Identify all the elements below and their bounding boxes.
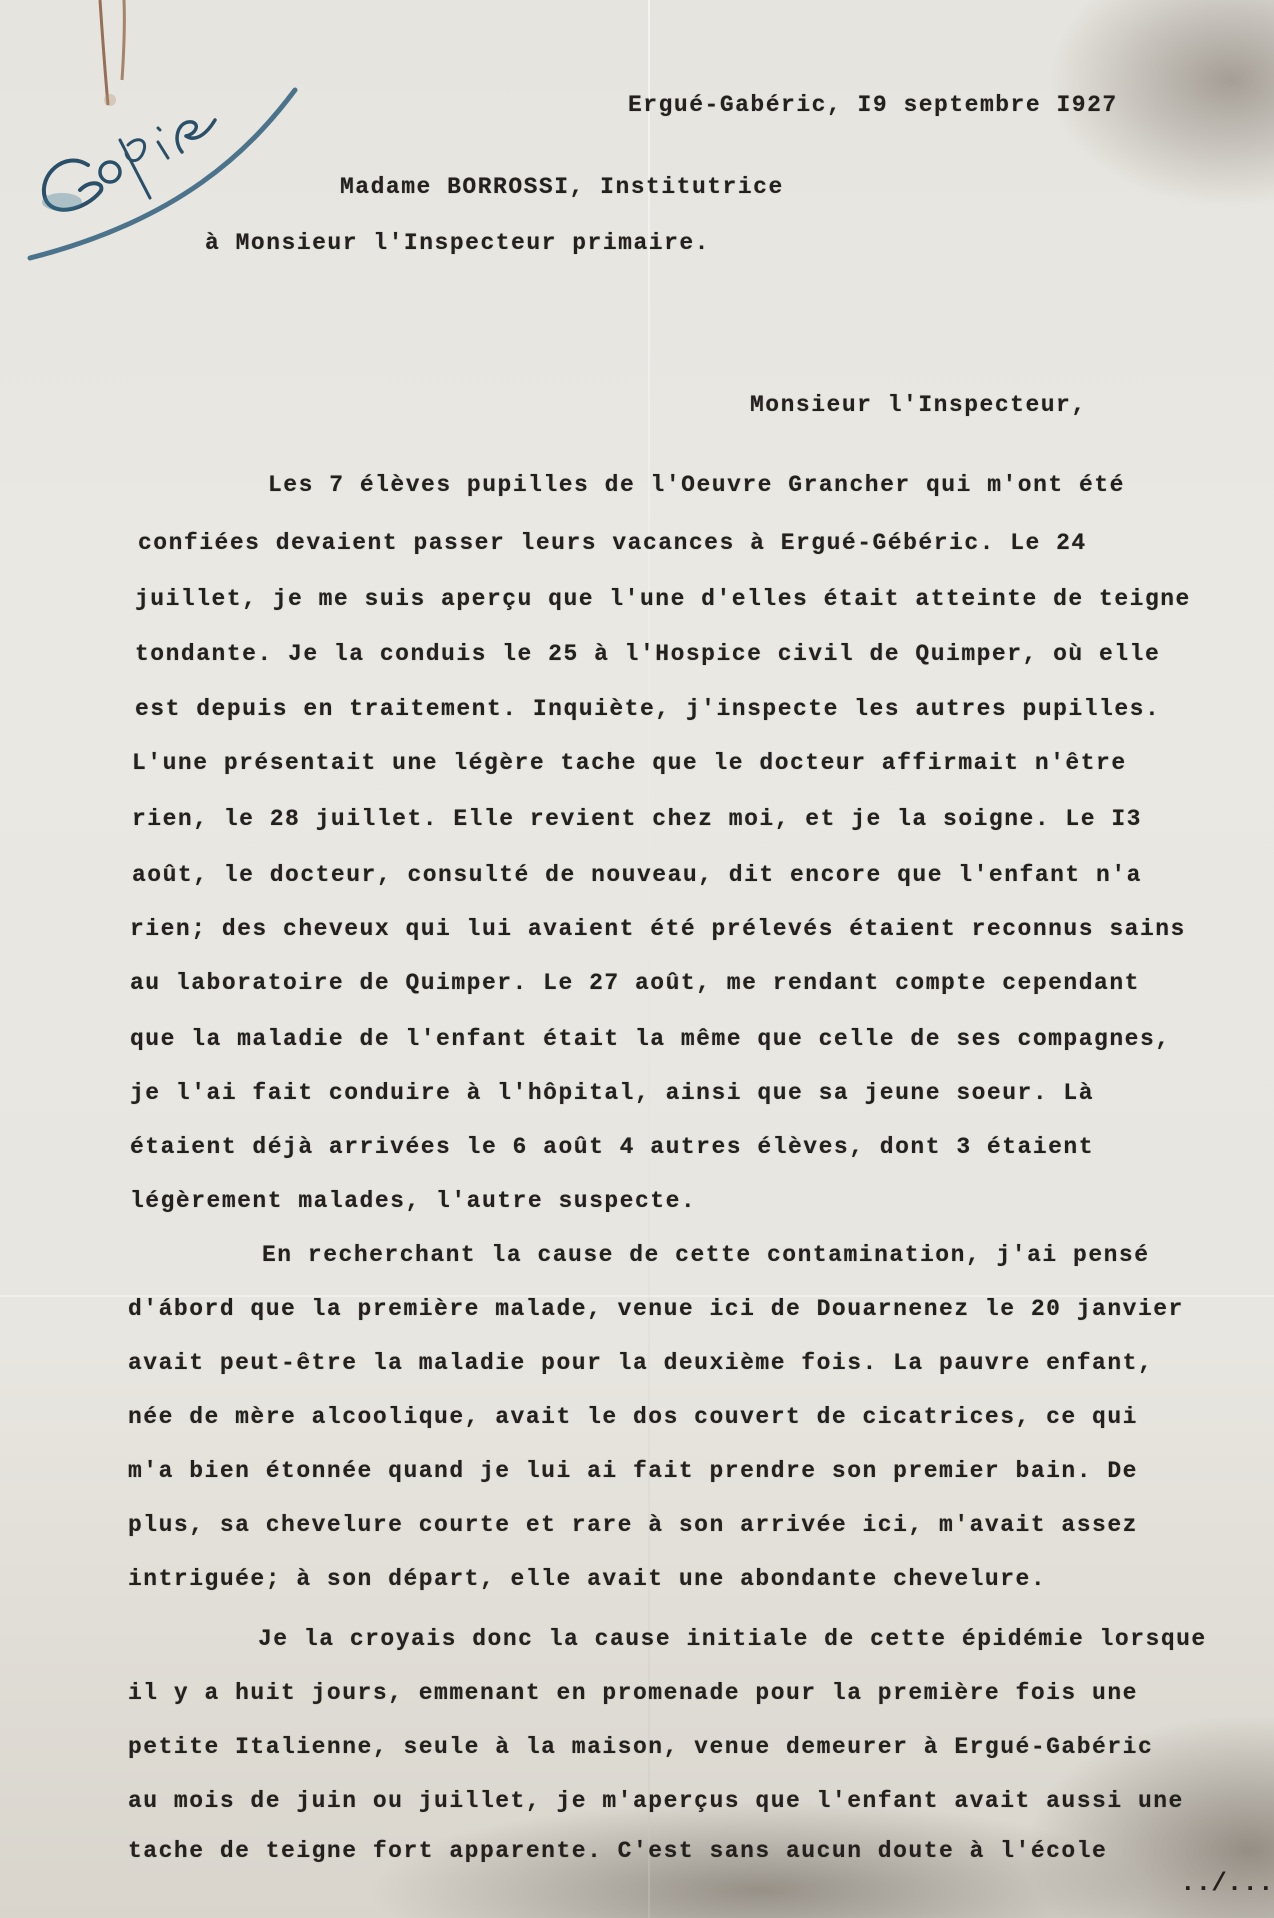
paragraph-1-line-5: est depuis en traitement. Inquiète, j'in… — [135, 696, 1160, 722]
paragraph-1-line-1: Les 7 élèves pupilles de l'Oeuvre Granch… — [268, 472, 1125, 498]
paragraph-1-line-8: août, le docteur, consulté de nouveau, d… — [132, 862, 1142, 888]
paragraph-1-line-6: L'une présentait une légère tache que le… — [132, 750, 1127, 776]
paragraph-3-line-3: petite Italienne, seule à la maison, ven… — [128, 1734, 1153, 1760]
paragraph-1-line-3: juillet, je me suis aperçu que l'une d'e… — [135, 586, 1191, 612]
recipient-line: à Monsieur l'Inspecteur primaire. — [205, 230, 710, 256]
paragraph-1-line-14: légèrement malades, l'autre suspecte. — [130, 1188, 696, 1214]
paragraph-1-line-2: confiées devaient passer leurs vacances … — [138, 530, 1087, 556]
paragraph-2-line-2: d'ábord que la première malade, venue ic… — [128, 1296, 1184, 1322]
paragraph-2-line-6: plus, sa chevelure courte et rare à son … — [128, 1512, 1138, 1538]
paragraph-3-line-1: Je la croyais donc la cause initiale de … — [258, 1626, 1207, 1652]
paragraph-3-line-2: il y a huit jours, emmenant en promenade… — [128, 1680, 1138, 1706]
paragraph-2-line-5: m'a bien étonnée quand je lui ai fait pr… — [128, 1458, 1138, 1484]
paragraph-1-line-12: je l'ai fait conduire à l'hôpital, ainsi… — [130, 1080, 1094, 1106]
paragraph-2-line-4: née de mère alcoolique, avait le dos cou… — [128, 1404, 1138, 1430]
sender-line: Madame BORROSSI, Institutrice — [340, 174, 784, 200]
page-continuation-mark: ../... — [1180, 1868, 1274, 1898]
paragraph-1-line-9: rien; des cheveux qui lui avaient été pr… — [130, 916, 1186, 942]
paragraph-1-line-11: que la maladie de l'enfant était la même… — [130, 1026, 1171, 1052]
paragraph-1-line-13: étaient déjà arrivées le 6 août 4 autres… — [130, 1134, 1094, 1160]
paragraph-1-line-4: tondante. Je la conduis le 25 à l'Hospic… — [135, 641, 1160, 667]
paragraph-2-line-1: En recherchant la cause de cette contami… — [262, 1242, 1150, 1268]
paragraph-2-line-3: avait peut-être la maladie pour la deuxi… — [128, 1350, 1153, 1376]
salutation: Monsieur l'Inspecteur, — [750, 392, 1087, 418]
paragraph-1-line-7: rien, le 28 juillet. Elle revient chez m… — [132, 806, 1142, 832]
paragraph-2-line-7: intriguée; à son départ, elle avait une … — [128, 1566, 1046, 1592]
paragraph-1-line-10: au laboratoire de Quimper. Le 27 août, m… — [130, 970, 1140, 996]
paragraph-3-line-5: tache de teigne fort apparente. C'est sa… — [128, 1838, 1107, 1864]
paragraph-3-line-4: au mois de juin ou juillet, je m'aperçus… — [128, 1788, 1184, 1814]
place-and-date: Ergué-Gabéric, I9 septembre I927 — [628, 92, 1118, 118]
